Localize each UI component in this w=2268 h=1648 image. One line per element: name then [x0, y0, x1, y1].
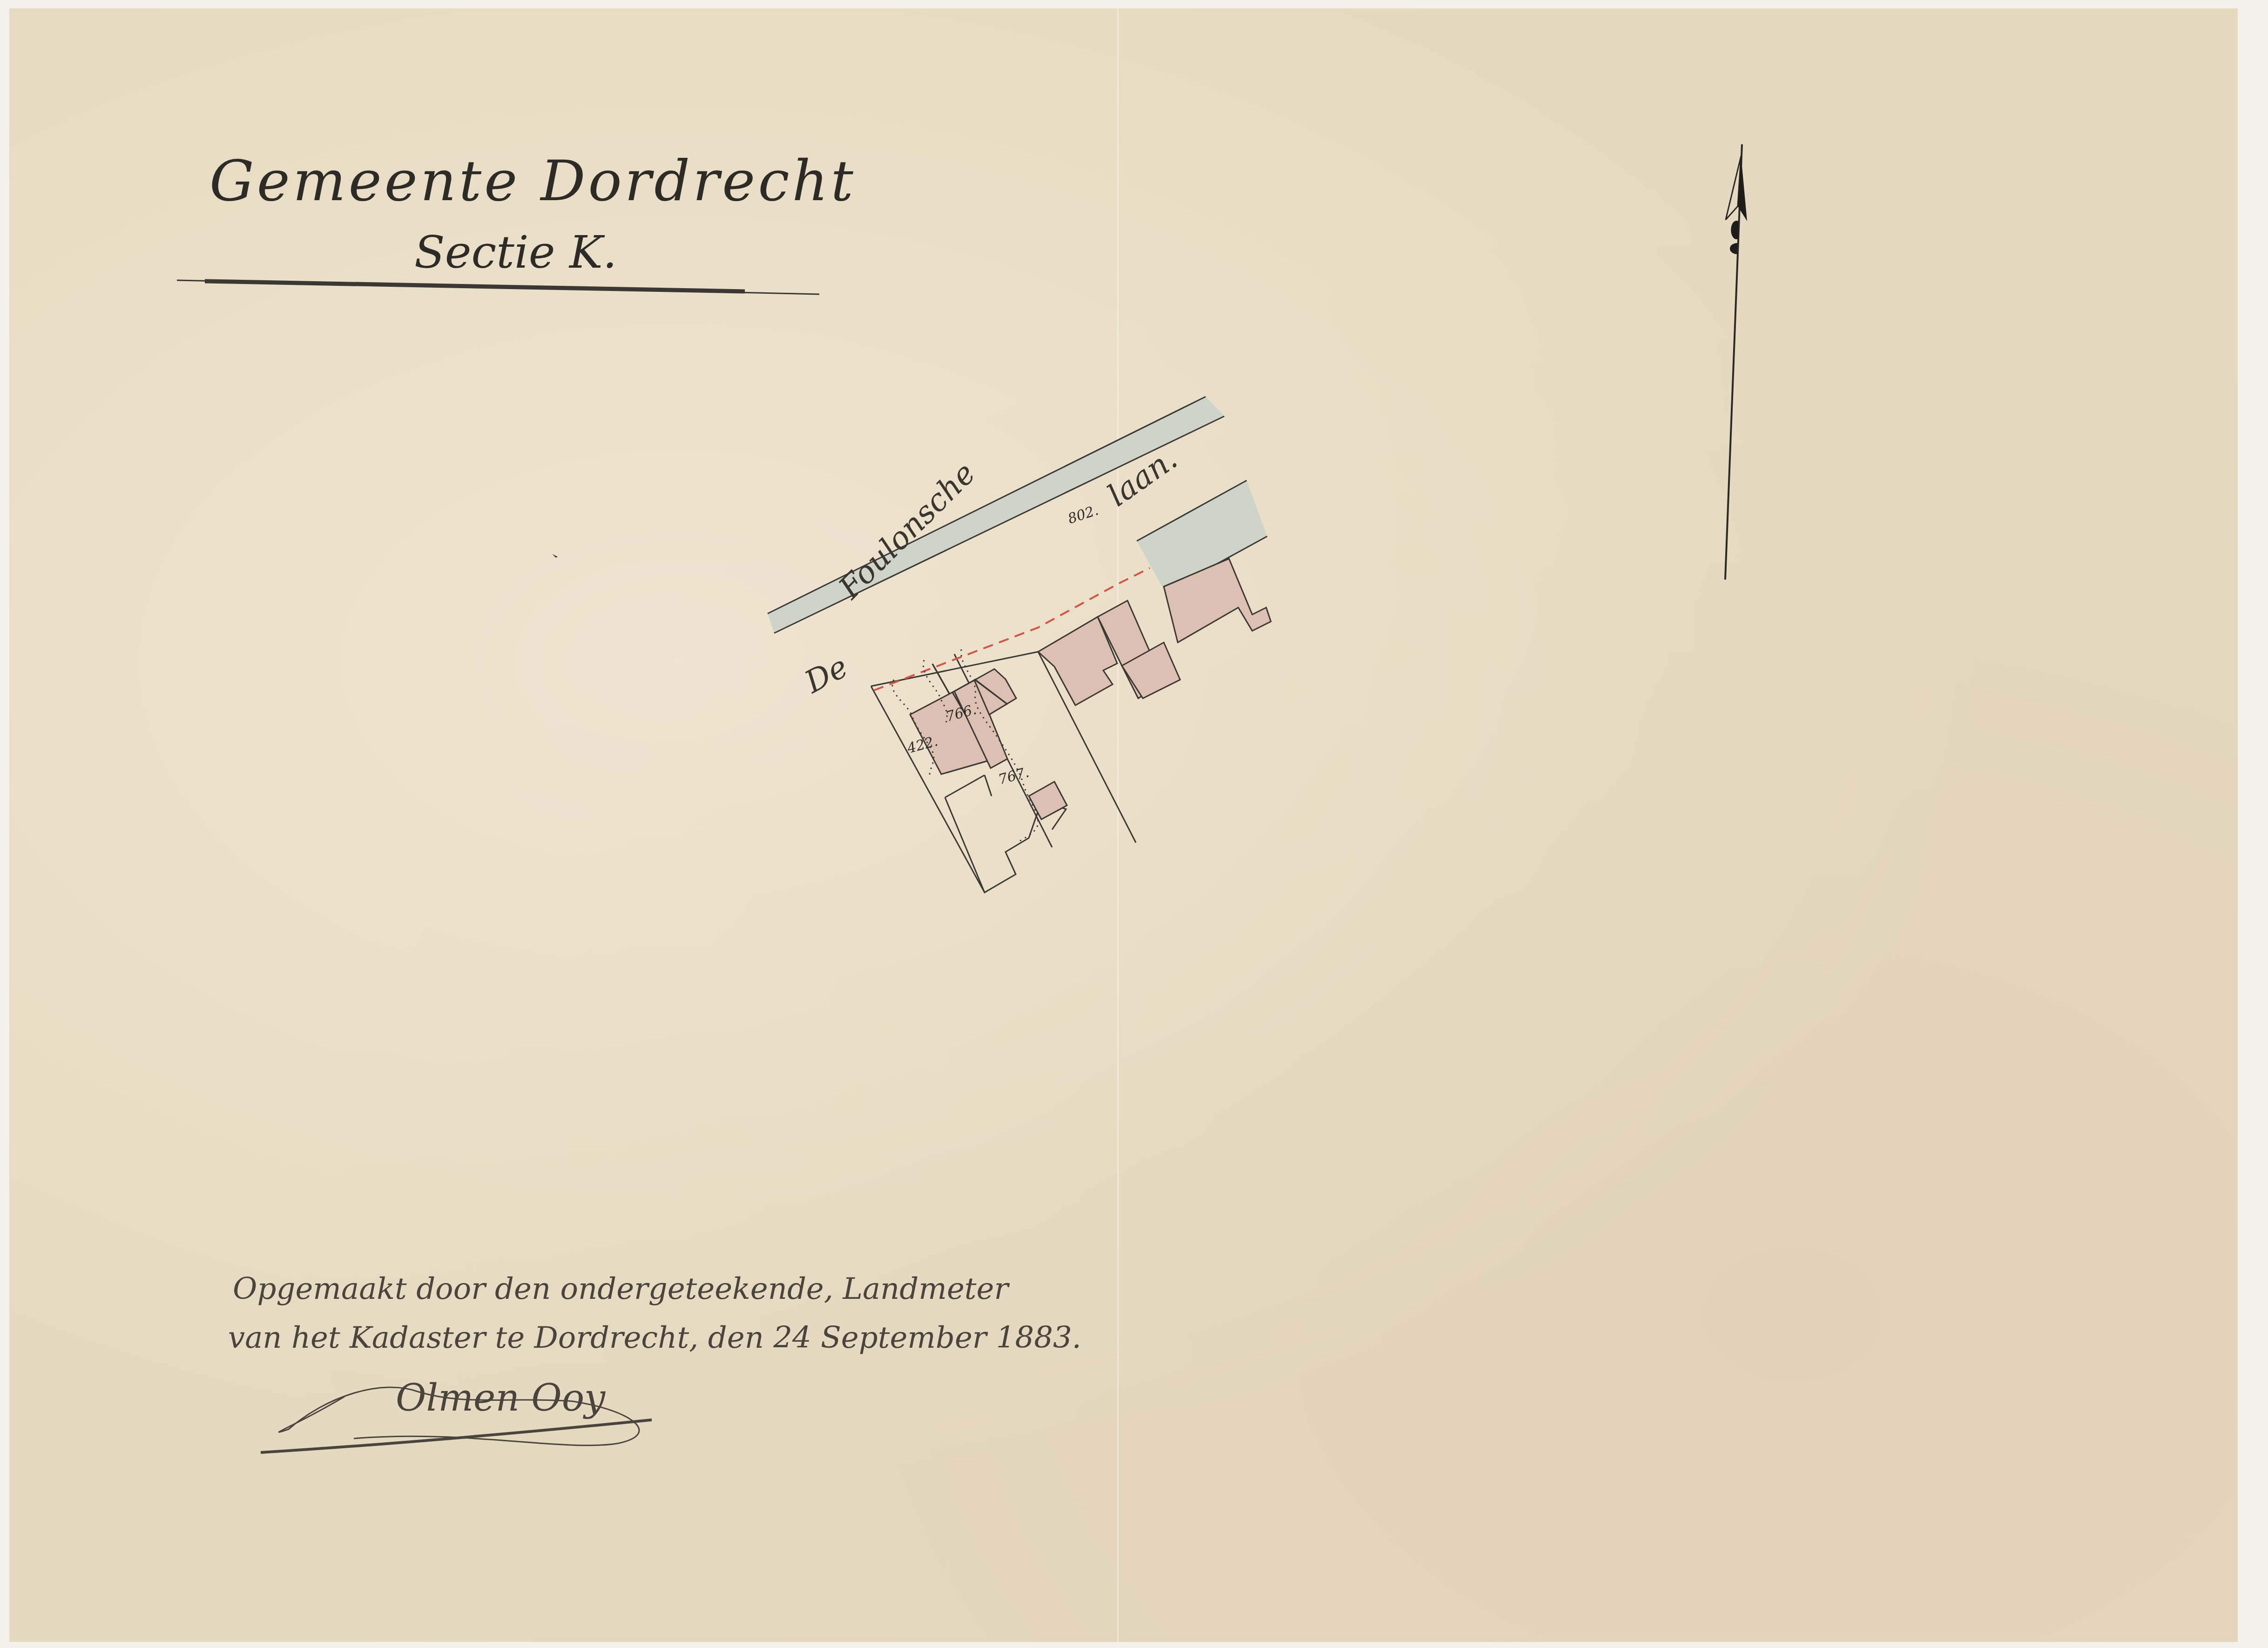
cadastral-map: Gemeente Dordrecht Sectie K. De Foulonsc… [0, 0, 2268, 1648]
north-arrow-icon [1725, 144, 1747, 580]
parcel-number-767: 767. [997, 764, 1031, 788]
parcel-number-802: 802. [1066, 502, 1100, 527]
street-prefix-label: De [798, 648, 853, 701]
front-buildings [1038, 559, 1271, 705]
surveyor-signature: Olmen Ooy [261, 1376, 652, 1452]
canal-upper [768, 397, 1224, 633]
paper-speck [552, 554, 558, 558]
certification-line-2: van het Kadaster te Dordrecht, den 24 Se… [228, 1321, 1081, 1355]
map-title: Gemeente Dordrecht [209, 149, 856, 214]
map-subtitle: Sectie K. [414, 226, 617, 278]
svg-text:Olmen Ooy: Olmen Ooy [396, 1376, 606, 1419]
certification-line-1: Opgemaakt door den ondergeteekende, Land… [233, 1272, 1010, 1306]
title-underline-bold [205, 281, 745, 291]
